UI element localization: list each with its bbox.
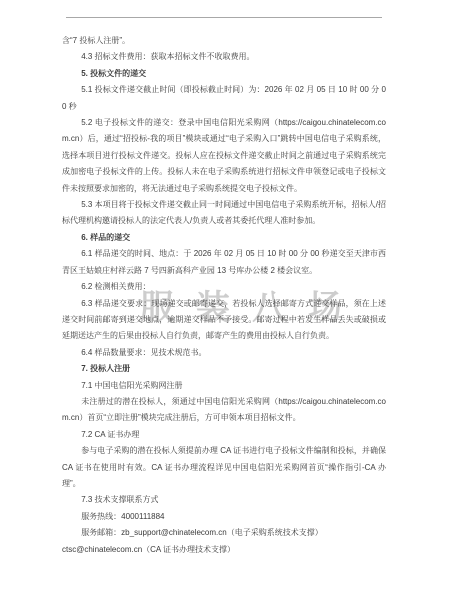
- paragraph: 6.4 样品数量要求：见技术规范书。: [62, 345, 386, 361]
- document-page: 服装八场 含“7 投标人注册”。4.3 招标文件费用：获取本招标文件不收取费用。…: [0, 0, 450, 600]
- document-body: 含“7 投标人注册”。4.3 招标文件费用：获取本招标文件不收取费用。5. 投标…: [62, 33, 386, 558]
- paragraph: 5.2 电子投标文件的递交：登录中国电信阳光采购网（https://caigou…: [62, 115, 386, 197]
- paragraph: 服务邮箱：zb_support@chinatelecom.cn（电子采购系统技术…: [62, 525, 386, 541]
- paragraph: 7.2 CA 证书办理: [62, 427, 386, 443]
- paragraph: 6.2 检测相关费用：: [62, 279, 386, 295]
- section-heading: 5. 投标文件的递交: [62, 66, 386, 82]
- section-heading: 7. 投标人注册: [62, 361, 386, 377]
- paragraph: 6.1 样品递交的时间、地点：于 2026 年 02 月 05 日 10 时 0…: [62, 246, 386, 279]
- section-heading: 6. 样品的递交: [62, 230, 386, 246]
- paragraph: 4.3 招标文件费用：获取本招标文件不收取费用。: [62, 49, 386, 65]
- paragraph: 5.1 投标文件递交截止时间（即投标截止时间）为：2026 年 02 月 05 …: [62, 82, 386, 115]
- paragraph: 6.3 样品递交要求：现场递交或邮寄递交，若投标人选择邮寄方式递交样品，须在上述…: [62, 296, 386, 345]
- paragraph: 参与电子采购的潜在投标人须提前办理 CA 证书进行电子投标文件编制和投标，并确保…: [62, 443, 386, 492]
- paragraph: 7.3 技术支撑联系方式: [62, 492, 386, 508]
- paragraph: 服务热线：4000111884: [62, 509, 386, 525]
- paragraph: 5.3 本项目将于投标文件递交截止同一时间通过中国电信电子采购系统开标，招标人/…: [62, 197, 386, 230]
- paragraph: 未注册过的潜在投标人，须通过中国电信阳光采购网（https://caigou.c…: [62, 394, 386, 427]
- page-header-rule: [66, 17, 382, 18]
- paragraph: 7.1 中国电信阳光采购网注册: [62, 378, 386, 394]
- paragraph: 含“7 投标人注册”。: [62, 33, 386, 49]
- paragraph: ctsc@chinatelecom.cn（CA 证书办理技术支撑）: [62, 542, 386, 558]
